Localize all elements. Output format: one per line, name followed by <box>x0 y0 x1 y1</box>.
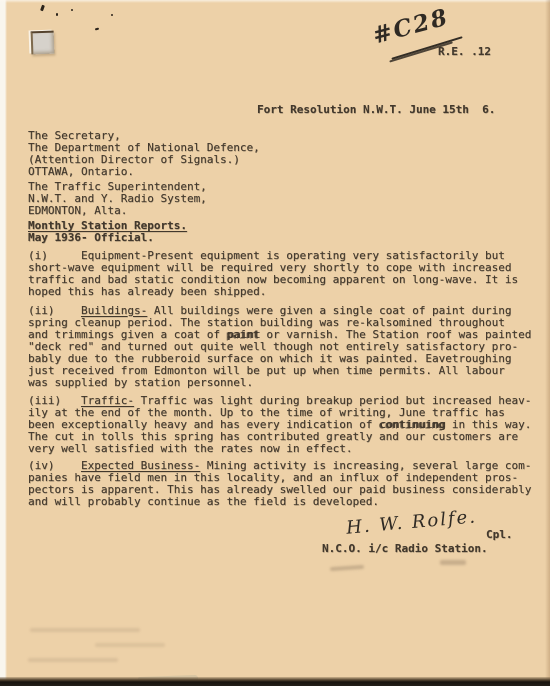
bleedthrough-smudge <box>28 658 118 662</box>
ink-speck <box>71 9 73 11</box>
dateline: Fort Resolution N.W.T. June 15th 6. <box>257 104 495 116</box>
file-reference-number: R.E. .12 <box>438 46 491 58</box>
paragraph: (iii) Traffic- Traffic was light during … <box>28 395 544 455</box>
text-line: was supplied by station personnel. <box>28 377 544 389</box>
ink-speck <box>95 28 99 31</box>
report-subheading: May 1936- Official. <box>28 232 154 244</box>
text-line: hoped this has already been shipped. <box>28 286 544 298</box>
report-paragraphs: (i) Equipment-Present equipment is opera… <box>28 250 544 516</box>
ink-speck <box>56 13 58 16</box>
address-line: OTTAWA, Ontario. <box>28 166 260 178</box>
staple-punch-hole <box>31 31 55 55</box>
text-line: very well satisfied with the rates now i… <box>28 443 544 455</box>
signature-rank: Cpl. <box>486 529 513 541</box>
address-line: EDMONTON, Alta. <box>28 205 260 217</box>
scanned-letter-page: #C28 R.E. .12 Fort Resolution N.W.T. Jun… <box>0 0 550 686</box>
paragraph: (iv) Expected Business- Mining activity … <box>28 460 544 508</box>
pencil-smudge <box>440 560 466 565</box>
pencil-smudge <box>330 565 364 571</box>
ink-speck <box>111 14 113 16</box>
bleedthrough-smudge <box>95 643 165 647</box>
scan-left-edge <box>0 0 7 686</box>
ink-speck <box>40 5 45 12</box>
signature-role: N.C.O. i/c Radio Station. <box>322 543 488 555</box>
scan-bottom-edge <box>0 677 550 686</box>
scan-top-edge <box>0 0 550 3</box>
scan-right-edge <box>545 0 550 686</box>
paragraph: (ii) Buildings- All buildings were given… <box>28 305 544 389</box>
address-block: The Secretary,The Department of National… <box>28 130 260 217</box>
bleedthrough-smudge <box>30 628 140 632</box>
paragraph: (i) Equipment-Present equipment is opera… <box>28 250 544 298</box>
